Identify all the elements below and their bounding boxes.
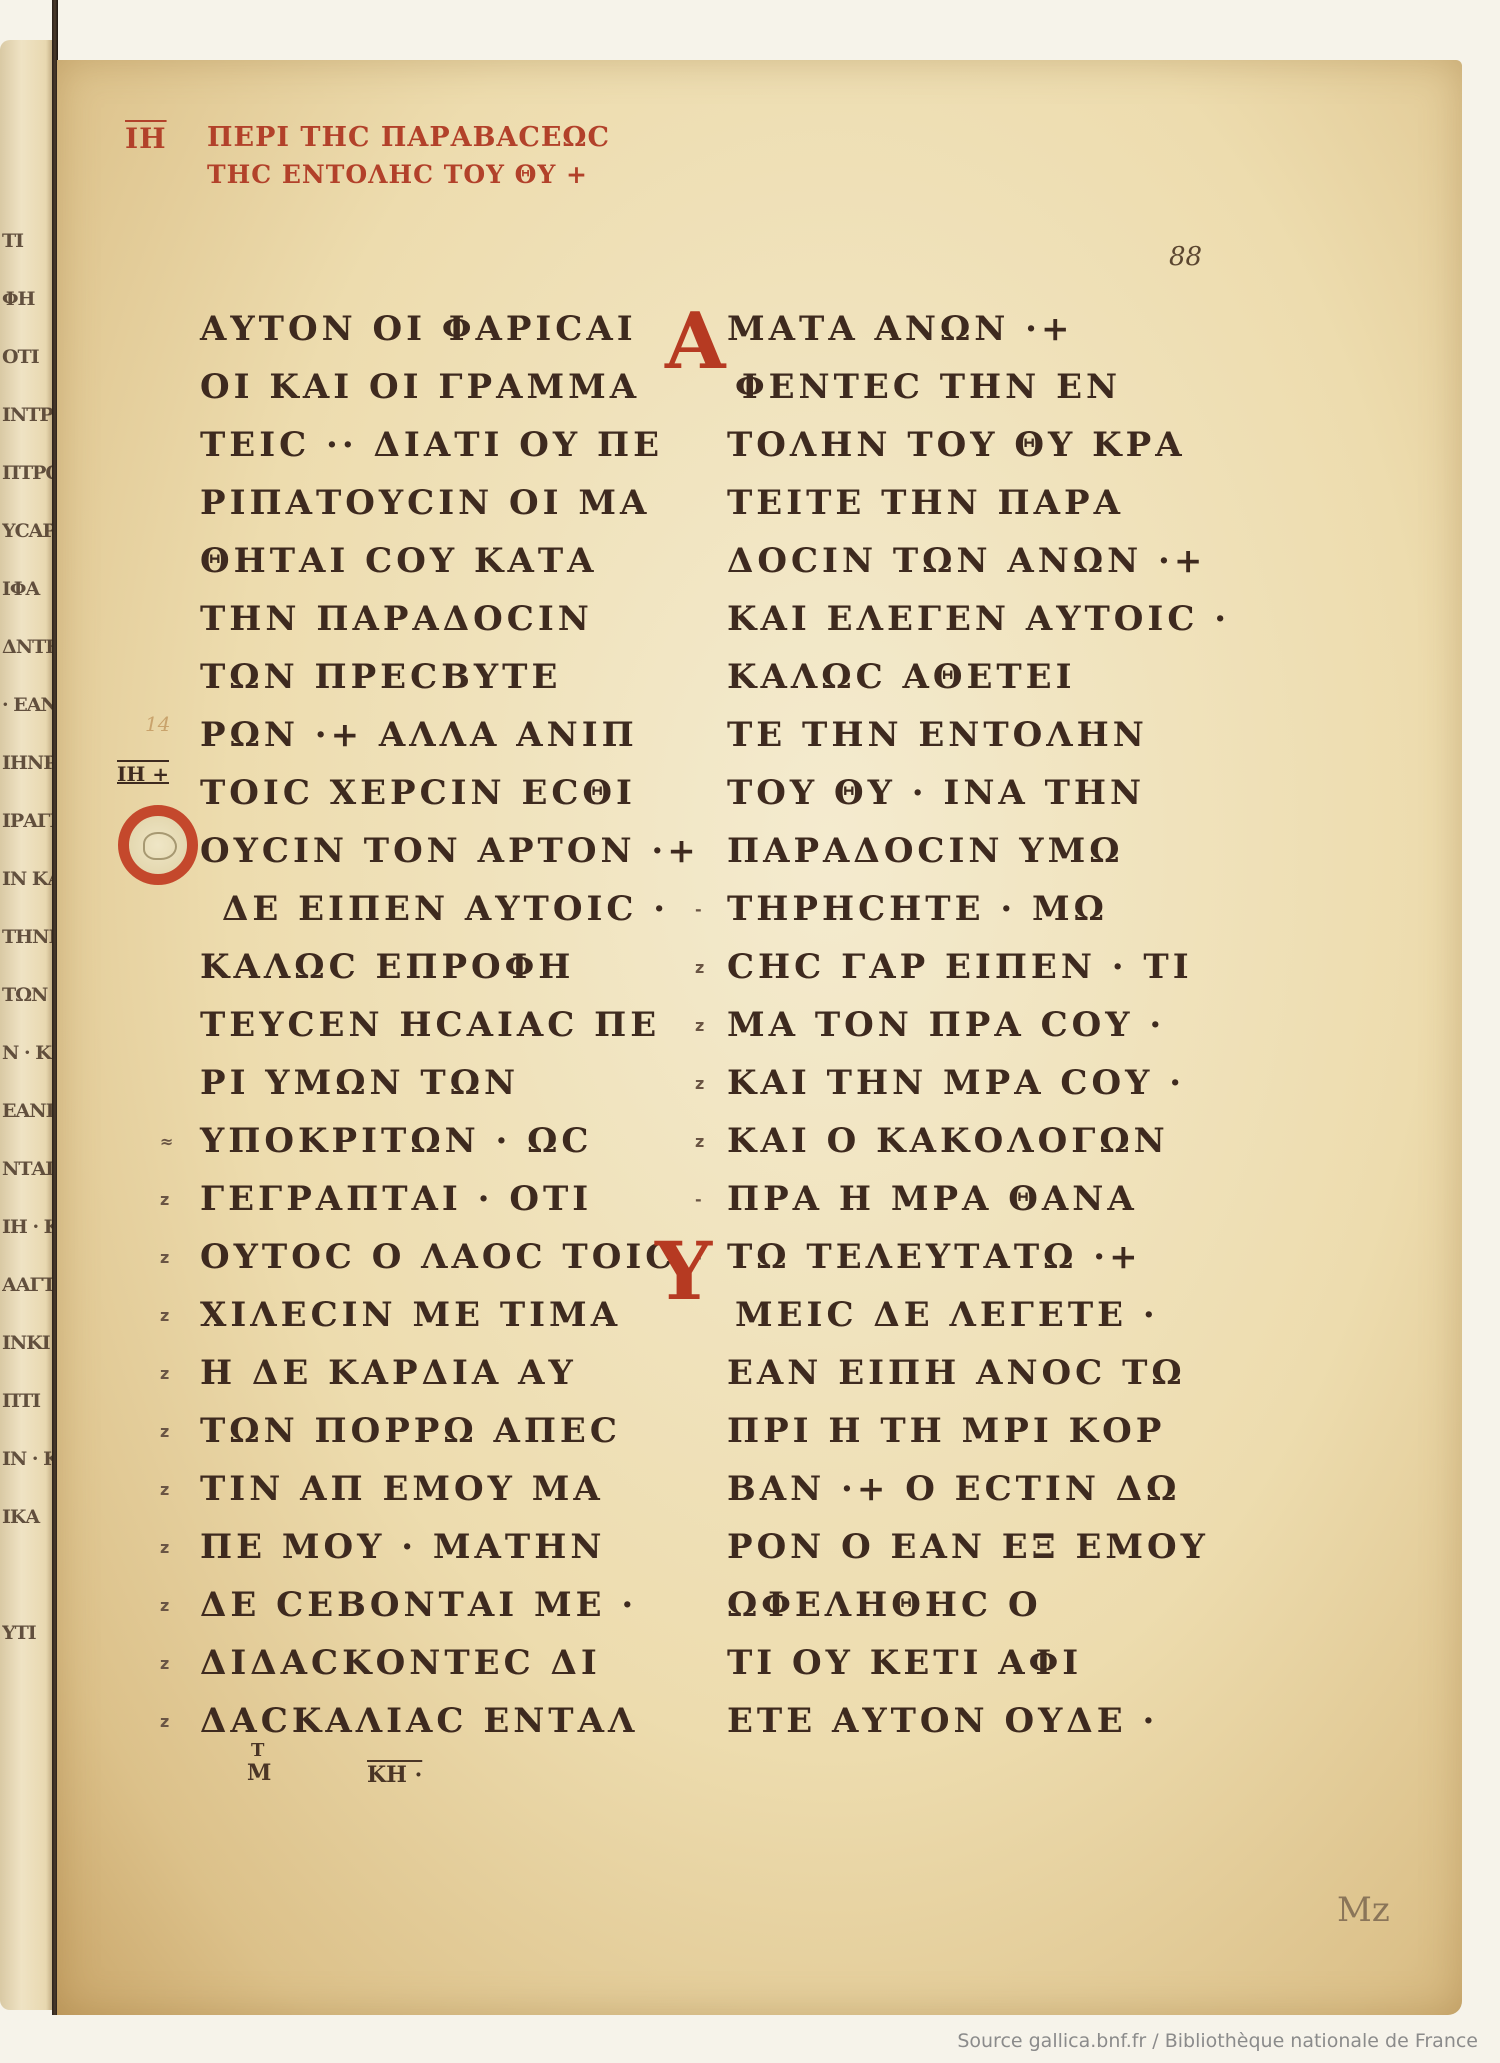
left-page-text-fragment: ΙΚΑ xyxy=(2,1506,54,1532)
manuscript-line: ΠΑΡΑΔΟϹΙΝ ΥΜΩ xyxy=(727,822,1230,880)
left-page-text-fragment: ΙΦΑ xyxy=(2,578,54,604)
left-page-text-fragment: · ΕΑΝ xyxy=(2,694,54,720)
rubric-title-line1: ΠΕΡΙ ΤΗϹ ΠΑΡΑΒΑϹΕΩϹ xyxy=(207,122,610,153)
manuscript-line: ΑΥΤΟΝ ΟΙ ΦΑΡΙϹΑΙ xyxy=(200,300,700,358)
manuscript-folio: ΙΗ ΠΕΡΙ ΤΗϹ ΠΑΡΑΒΑϹΕΩϹ ΤΗϹ ΕΝΤΟΛΗϹ ΤΟΥ Θ… xyxy=(57,60,1462,2015)
left-page-text-fragment: ΦΗ xyxy=(2,288,54,314)
pencil-shelfmark: Μz xyxy=(1337,1890,1390,1930)
margin-quotation-marker: z xyxy=(160,1190,169,1209)
margin-quotation-marker: z xyxy=(160,1364,169,1383)
manuscript-line: ΤΕ ΤΗΝ ΕΝΤΟΛΗΝ xyxy=(727,706,1230,764)
margin-quotation-marker: z xyxy=(160,1654,169,1673)
manuscript-line: ΤΟΥ ΘΥ · ΙΝΑ ΤΗΝ xyxy=(727,764,1230,822)
manuscript-line: ΤΗΝ ΠΑΡΑΔΟϹΙΝ xyxy=(200,590,700,648)
left-page-text-fragment: ΙΝ ΚΑ xyxy=(2,868,54,894)
quire-mark-superscript: Τ xyxy=(251,1740,264,1761)
manuscript-line: ΤΙ ΟΥ ΚΕΤΙ ΑΦΙ xyxy=(727,1634,1230,1692)
manuscript-line: ΟΙ ΚΑΙ ΟΙ ΓΡΑΜΜΑ xyxy=(200,358,700,416)
decorated-initial-alpha: Α xyxy=(665,296,726,387)
manuscript-line: ΓΕΓΡΑΠΤΑΙ · ΟΤΙ xyxy=(200,1170,700,1228)
margin-quotation-marker: z xyxy=(695,958,704,977)
left-page-text-fragment: ΔΝΤΚ xyxy=(2,636,54,662)
margin-quotation-marker: z xyxy=(695,1074,704,1093)
left-page-text-fragment: ΙΡΑΓΙ xyxy=(2,810,54,836)
manuscript-line: ΜΑ ΤΟΝ ΠΡΑ ϹΟΥ · xyxy=(727,996,1230,1054)
source-credit: Source gallica.bnf.fr / Bibliothèque nat… xyxy=(957,2030,1478,2052)
left-page-text-fragment: ΤΗΝΙ xyxy=(2,926,54,952)
manuscript-line: ΔΑϹΚΑΛΙΑϹ ΕΝΤΑΛ xyxy=(200,1692,700,1750)
left-page-text-fragment: ΙΝ · Κ xyxy=(2,1448,54,1474)
manuscript-line: ΤΕΥϹΕΝ ΗϹΑΙΑϹ ΠΕ xyxy=(200,996,700,1054)
manuscript-line: ΥΠΟΚΡΙΤΩΝ · ΩϹ xyxy=(200,1112,700,1170)
manuscript-line: ΡΙΠΑΤΟΥϹΙΝ ΟΙ ΜΑ xyxy=(200,474,700,532)
manuscript-line: ΟΥϹΙΝ ΤΟΝ ΑΡΤΟΝ ·+ xyxy=(200,822,700,880)
manuscript-line: ΔΙΔΑϹΚΟΝΤΕϹ ΔΙ xyxy=(200,1634,700,1692)
manuscript-line: ΤΩΝ ΠΡΕϹΒΥΤΕ xyxy=(200,648,700,706)
left-page-text-fragment: ΝΤΑΙ xyxy=(2,1158,54,1184)
manuscript-line: ΒΑΝ ·+ Ο ΕϹΤΙΝ ΔΩ xyxy=(727,1460,1230,1518)
manuscript-line: ΕΤΕ ΑΥΤΟΝ ΟΥΔΕ · xyxy=(727,1692,1230,1750)
manuscript-line: ΔΕ ϹΕΒΟΝΤΑΙ ΜΕ · xyxy=(200,1576,700,1634)
right-text-column: ΜΑΤΑ ΑΝΩΝ ·+ΦΕΝΤΕϹ ΤΗΝ ΕΝΤΟΛΗΝ ΤΟΥ ΘΥ ΚΡ… xyxy=(727,300,1230,1750)
chapter-number: ΙΗ xyxy=(125,122,167,155)
margin-section-number: ΙΗ + xyxy=(117,762,169,786)
manuscript-line: ΘΗΤΑΙ ϹΟΥ ΚΑΤΑ xyxy=(200,532,700,590)
manuscript-line: ΚΑΛΩϹ ΕΠΡΟΦΗ xyxy=(200,938,700,996)
left-page-text-fragment: ΥϹΑΡ xyxy=(2,520,54,546)
manuscript-line: ΕΑΝ ΕΙΠΗ ΑΝΟϹ ΤΩ xyxy=(727,1344,1230,1402)
manuscript-line: ΔΕ ΕΙΠΕΝ ΑΥΤΟΙϹ · xyxy=(200,880,700,938)
margin-quotation-marker: ≈ xyxy=(160,1132,173,1151)
left-page-text-fragment: Ν · ΚΙ xyxy=(2,1042,54,1068)
manuscript-line: ΦΕΝΤΕϹ ΤΗΝ ΕΝ xyxy=(727,358,1230,416)
manuscript-line: ΡΟΝ Ο ΕΑΝ ΕΞ ΕΜΟΥ xyxy=(727,1518,1230,1576)
margin-quotation-marker: - xyxy=(695,900,702,919)
left-page-text-fragment: ΕΑΝΙ xyxy=(2,1100,54,1126)
left-page-text-fragment: ΙΝΚΙ xyxy=(2,1332,54,1358)
manuscript-line: ΧΙΛΕϹΙΝ ΜΕ ΤΙΜΑ xyxy=(200,1286,700,1344)
margin-quotation-marker: z xyxy=(160,1248,169,1267)
manuscript-line: ΤΩ ΤΕΛΕΥΤΑΤΩ ·+ xyxy=(727,1228,1230,1286)
manuscript-line: ΡΙ ΥΜΩΝ ΤΩΝ xyxy=(200,1054,700,1112)
quire-mark-left: Μ xyxy=(247,1760,271,1786)
left-page-text-fragment: ΠΤΙ xyxy=(2,1390,54,1416)
manuscript-line: ΠΡΑ Η ΜΡΑ ΘΑΝΑ xyxy=(727,1170,1230,1228)
manuscript-line: ΠΕ ΜΟΥ · ΜΑΤΗΝ xyxy=(200,1518,700,1576)
folio-number: 88 xyxy=(1169,242,1202,272)
manuscript-line: ΚΑΙ ΤΗΝ ΜΡΑ ϹΟΥ · xyxy=(727,1054,1230,1112)
roundel-ornament-icon xyxy=(143,832,177,860)
left-page-text-fragment: ΟΤΙ xyxy=(2,346,54,372)
margin-quotation-marker: z xyxy=(160,1712,169,1731)
decorated-initial-upsilon: Υ xyxy=(655,1224,712,1318)
left-page-text-fragment: ΥΤΙ xyxy=(2,1622,54,1648)
manuscript-line: ΚΑΙ ΕΛΕΓΕΝ ΑΥΤΟΙϹ · xyxy=(727,590,1230,648)
manuscript-line: ΟΥΤΟϹ Ο ΛΑΟϹ ΤΟΙϹ xyxy=(200,1228,700,1286)
margin-quotation-marker: z xyxy=(160,1480,169,1499)
manuscript-line: ΤΕΙΤΕ ΤΗΝ ΠΑΡΑ xyxy=(727,474,1230,532)
margin-quotation-marker: z xyxy=(160,1596,169,1615)
manuscript-line: ΤΟΛΗΝ ΤΟΥ ΘΥ ΚΡΑ xyxy=(727,416,1230,474)
manuscript-line: ΩΦΕΛΗΘΗϹ Ο xyxy=(727,1576,1230,1634)
margin-quotation-marker: - xyxy=(695,1190,702,1209)
manuscript-line: ΡΩΝ ·+ ΑΛΛΑ ΑΝΙΠ xyxy=(200,706,700,764)
left-page-text-fragment: ΠΤΡΟ xyxy=(2,462,54,488)
faint-margin-number: 14 xyxy=(145,712,170,736)
manuscript-line: ΤΙΝ ΑΠ ΕΜΟΥ ΜΑ xyxy=(200,1460,700,1518)
rubric-title-line2: ΤΗϹ ΕΝΤΟΛΗϹ ΤΟΥ ΘΥ + xyxy=(207,160,588,189)
manuscript-line: ΤΟΙϹ ΧΕΡϹΙΝ ΕϹΘΙ xyxy=(200,764,700,822)
left-page-text-fragment: ΑΑΓΤ xyxy=(2,1274,54,1300)
manuscript-line: ΠΡΙ Η ΤΗ ΜΡΙ ΚΟΡ xyxy=(727,1402,1230,1460)
left-page-text-fragment xyxy=(2,1564,54,1590)
manuscript-line: ΜΑΤΑ ΑΝΩΝ ·+ xyxy=(727,300,1230,358)
quire-mark-right: ΚΗ · xyxy=(367,1762,422,1788)
left-page-text-fragment: ΙΗ · Κ xyxy=(2,1216,54,1242)
manuscript-line: Η ΔΕ ΚΑΡΔΙΑ ΑΥ xyxy=(200,1344,700,1402)
adjacent-left-page: ΤΙΦΗΟΤΙΙΝΤΡΠΤΡΟΥϹΑΡΙΦΑΔΝΤΚ· ΕΑΝΙΗΝΡΙΡΑΓΙ… xyxy=(0,40,54,2010)
manuscript-line: ΚΑΛΩϹ ΑΘΕΤΕΙ xyxy=(727,648,1230,706)
manuscript-line: ΤΩΝ ΠΟΡΡΩ ΑΠΕϹ xyxy=(200,1402,700,1460)
manuscript-line: ϹΗϹ ΓΑΡ ΕΙΠΕΝ · ΤΙ xyxy=(727,938,1230,996)
left-page-text-fragment: ΤΙ xyxy=(2,230,54,256)
margin-quotation-marker: z xyxy=(695,1016,704,1035)
manuscript-line: ΤΗΡΗϹΗΤΕ · ΜΩ xyxy=(727,880,1230,938)
manuscript-line: ΤΕΙϹ ·· ΔΙΑΤΙ ΟΥ ΠΕ xyxy=(200,416,700,474)
left-page-text-fragment: ΙΝΤΡ xyxy=(2,404,54,430)
left-page-text-fragment: ΤΩΝ xyxy=(2,984,54,1010)
margin-quotation-marker: z xyxy=(695,1132,704,1151)
margin-quotation-marker: z xyxy=(160,1422,169,1441)
manuscript-line: ΜΕΙϹ ΔΕ ΛΕΓΕΤΕ · xyxy=(727,1286,1230,1344)
left-page-text-fragment: ΙΗΝΡ xyxy=(2,752,54,778)
margin-quotation-marker: z xyxy=(160,1306,169,1325)
manuscript-line: ΔΟϹΙΝ ΤΩΝ ΑΝΩΝ ·+ xyxy=(727,532,1230,590)
margin-quotation-marker: z xyxy=(160,1538,169,1557)
left-text-column: ΑΥΤΟΝ ΟΙ ΦΑΡΙϹΑΙΟΙ ΚΑΙ ΟΙ ΓΡΑΜΜΑΤΕΙϹ ·· … xyxy=(200,300,700,1750)
manuscript-line: ΚΑΙ Ο ΚΑΚΟΛΟΓΩΝ xyxy=(727,1112,1230,1170)
decorated-roundel-initial xyxy=(118,805,198,885)
